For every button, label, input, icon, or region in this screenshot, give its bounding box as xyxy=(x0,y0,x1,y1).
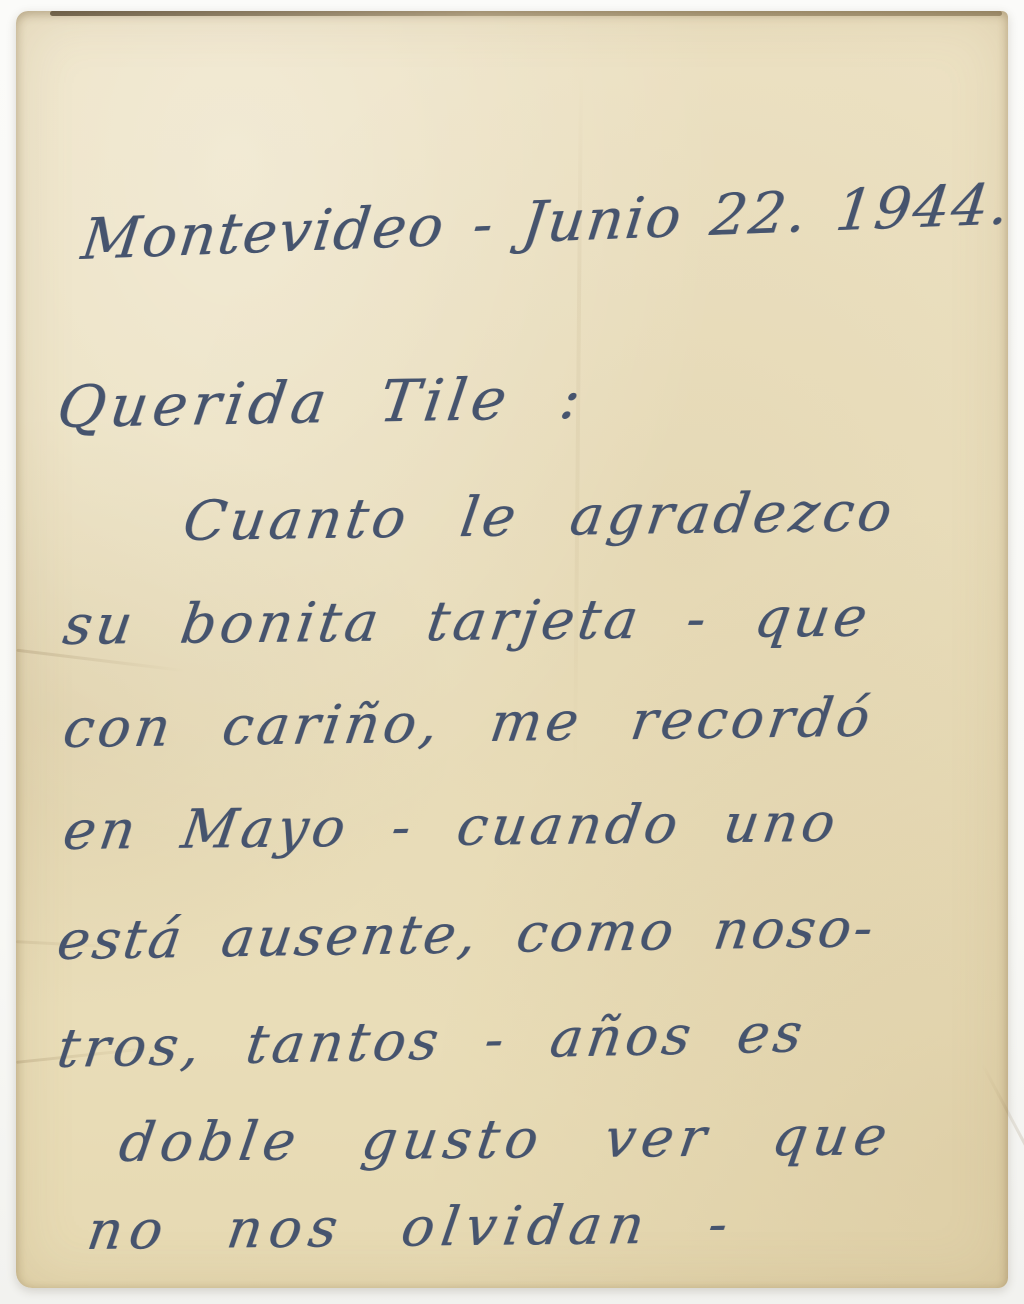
letter-dateline: Montevideo - Junio 22. 1944. xyxy=(78,172,1014,273)
letter-paper: Montevideo - Junio 22. 1944. Querida Til… xyxy=(16,11,1008,1288)
letter-line: está ausente, como noso- xyxy=(54,896,880,972)
letter-line: doble gusto ver que xyxy=(115,1104,897,1174)
paper-crease-bottom-right xyxy=(980,1062,1024,1222)
letter-greeting: Querida Tile : xyxy=(53,364,590,441)
scan-background: Montevideo - Junio 22. 1944. Querida Til… xyxy=(0,0,1024,1304)
letter-line: tros, tantos - años es xyxy=(54,1001,810,1080)
letter-line: su bonita tarjeta - que xyxy=(59,585,875,657)
letter-line: en Mayo - cuando uno xyxy=(59,791,843,862)
letter-line: con cariño, me recordó xyxy=(59,686,877,760)
letter-line: Cuanto le agradezco xyxy=(179,479,900,553)
letter-line: no nos olvidan - xyxy=(83,1192,738,1262)
paper-top-edge-shadow xyxy=(50,11,1002,16)
